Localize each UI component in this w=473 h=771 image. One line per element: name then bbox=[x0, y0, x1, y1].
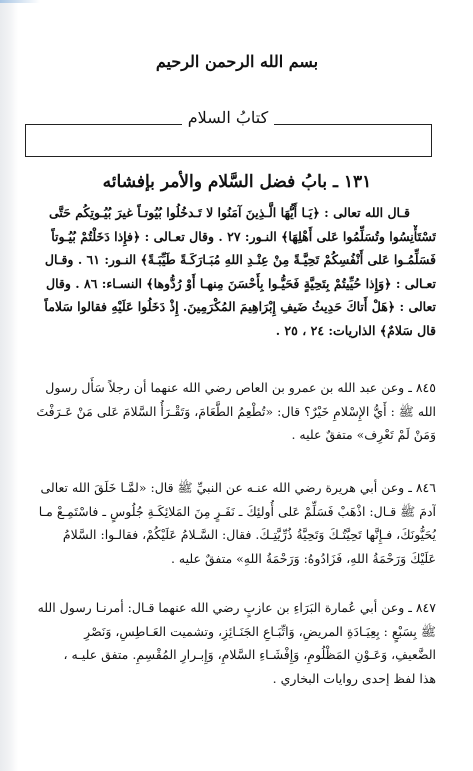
book-title-frame bbox=[25, 124, 432, 157]
text-line: تَسْتَأْنِسُوا وتُسَلِّمُوا عَلى أَهْلِه… bbox=[24, 225, 436, 249]
text-line: تعالى : ﴿هَلْ أَتاكَ حَدِيثُ ضَيفِ إِبْر… bbox=[24, 295, 436, 319]
hadith-846: ٨٤٦ ـ وعن أبي هريرة رضي الله عنـه عن الن… bbox=[24, 476, 436, 570]
text-line: فَسَلِّمُـوا عَلى أَنْفُسِكُمْ تَحِيَّـة… bbox=[24, 248, 436, 272]
chapter-title: ١٣١ ـ بابُ فضل السَّلام والأمر بإفشائه bbox=[24, 172, 450, 192]
text-line: الضَّعيفِ، وَعَـوْنِ المَظْلُومِ، وَإِفْ… bbox=[24, 643, 436, 667]
text-line: ٨٤٥ ـ وعن عبد الله بن عمرو بن العاص رضي … bbox=[24, 376, 436, 400]
text-line: وَمَنْ لَمْ تَعْرِف» متفقٌ عليه . bbox=[24, 423, 436, 447]
text-line: قال سَلامٌ﴾ الذاريات: ٢٤ ، ٢٥ . bbox=[24, 319, 436, 343]
text-line: يُحَيُّونَكَ، فـإِنَّها تَحِيَّتُـكَ وَت… bbox=[24, 523, 436, 547]
book-gutter-shadow bbox=[0, 0, 18, 771]
text-line: ﷺ بِسَبْعٍ : بِعِيَـادَةِ المريضِ، وَاتِ… bbox=[24, 620, 436, 644]
text-line: هذا لفظ إحدى روايات البخاري . bbox=[24, 667, 436, 691]
text-line: آدمَ ﷺ قـال: اذْهَبْ فَسَلِّمْ عَلى أُول… bbox=[24, 500, 436, 524]
quran-verses-paragraph: قـال الله تعالى : ﴿يَـا أَيُّهَا الَّـذِ… bbox=[24, 201, 436, 342]
basmala-heading: بسم الله الرحمن الرحيم bbox=[24, 52, 450, 71]
text-line: الله ﷺ : أَيُّ الإِسْلامِ خَيْرٌ؟ قال: «… bbox=[24, 400, 436, 424]
text-line: قـال الله تعالى : ﴿يَـا أَيُّهَا الَّـذِ… bbox=[24, 201, 436, 225]
hadith-845: ٨٤٥ ـ وعن عبد الله بن عمرو بن العاص رضي … bbox=[24, 376, 436, 447]
scan-edge bbox=[0, 0, 40, 3]
text-line: تعـالى : ﴿وَإِذا حُيِّيتُمْ بِتَحِيَّةٍ … bbox=[24, 272, 436, 296]
text-line: ٨٤٧ ـ وعن أبي عُمارة البَرَاءِ بن عازبٍ … bbox=[24, 596, 436, 620]
book-title-wrapper: كتابُ السلام bbox=[24, 108, 432, 127]
book-title: كتابُ السلام bbox=[182, 108, 275, 127]
text-line: عَلَيْكَ وَرَحْمَةُ اللهِ، فَزَادُوهُ: و… bbox=[24, 547, 436, 571]
hadith-847: ٨٤٧ ـ وعن أبي عُمارة البَرَاءِ بن عازبٍ … bbox=[24, 596, 436, 690]
text-line: ٨٤٦ ـ وعن أبي هريرة رضي الله عنـه عن الن… bbox=[24, 476, 436, 500]
